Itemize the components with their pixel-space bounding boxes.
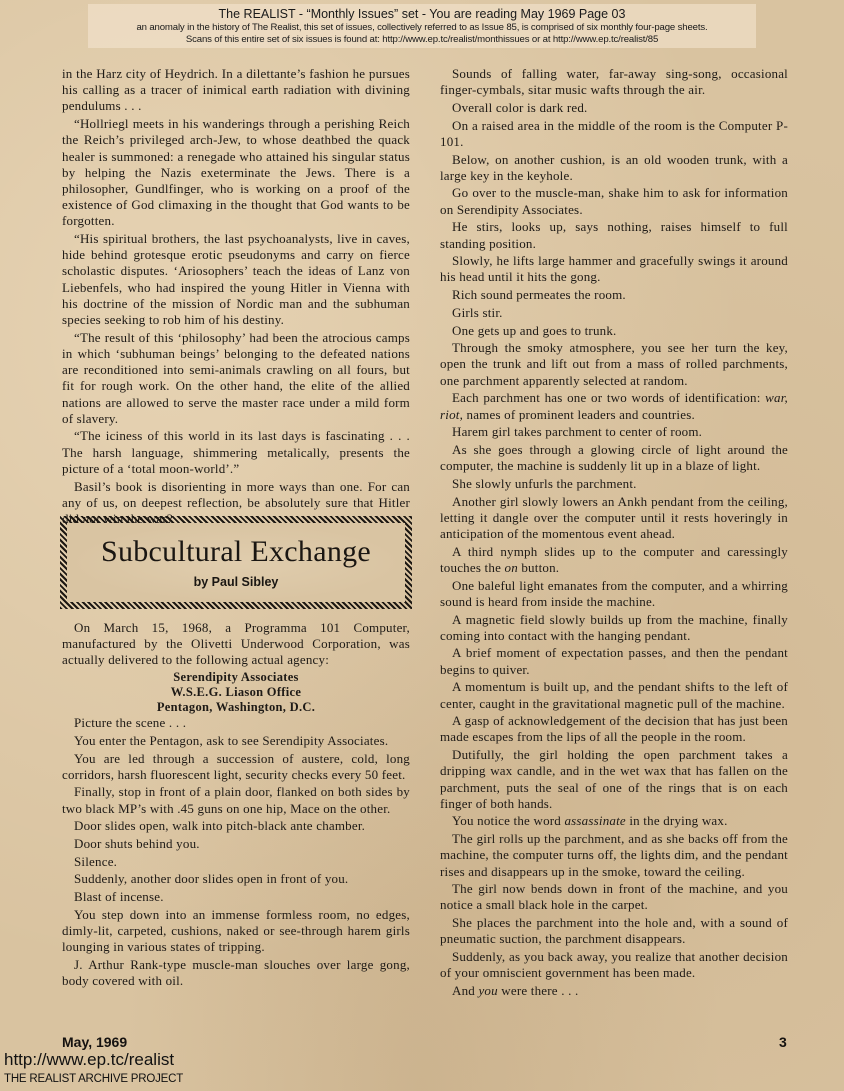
paragraph: Sounds of falling water, far-away sing-s… xyxy=(440,66,788,98)
paragraph: Rich sound permeates the room. xyxy=(440,287,788,303)
right-column: Sounds of falling water, far-away sing-s… xyxy=(440,66,788,1001)
banner-title: The REALIST - “Monthly Issues” set - You… xyxy=(88,7,756,22)
paragraph: A momentum is built up, and the pendant … xyxy=(440,679,788,711)
paragraph: in the Harz city of Heydrich. In a dilet… xyxy=(62,66,410,115)
article-byline: by Paul Sibley xyxy=(67,575,405,589)
paragraph: Blast of incense. xyxy=(62,889,410,905)
paragraph: Slowly, he lifts large hammer and gracef… xyxy=(440,253,788,285)
paragraph: Girls stir. xyxy=(440,305,788,321)
paragraph: The girl now bends down in front of the … xyxy=(440,881,788,913)
paragraph: A brief moment of expectation passes, an… xyxy=(440,645,788,677)
paragraph: You are led through a succession of aust… xyxy=(62,751,410,783)
paragraph: “The result of this ‘philosophy’ had bee… xyxy=(62,330,410,427)
paragraph: He stirs, looks up, says nothing, raises… xyxy=(440,219,788,251)
article-title-box: Subcultural Exchange by Paul Sibley xyxy=(60,516,412,609)
archive-project-label: THE REALIST ARCHIVE PROJECT xyxy=(4,1073,183,1085)
paragraph: Door slides open, walk into pitch-black … xyxy=(62,818,410,834)
archive-banner: The REALIST - “Monthly Issues” set - You… xyxy=(88,4,756,48)
paragraph: A third nymph slides up to the computer … xyxy=(440,544,788,576)
archive-url-link[interactable]: http://www.ep.tc/realist xyxy=(4,1050,174,1070)
paragraph: You enter the Pentagon, ask to see Seren… xyxy=(62,733,410,749)
paragraph: Overall color is dark red. xyxy=(440,100,788,116)
article-intro: On March 15, 1968, a Programma 101 Compu… xyxy=(62,620,410,669)
banner-description: an anomaly in the history of The Realist… xyxy=(88,22,756,34)
paragraph: Through the smoky atmosphere, you see he… xyxy=(440,340,788,389)
paragraph: Dutifully, the girl holding the open par… xyxy=(440,747,788,812)
ending-paragraph: And you were there . . . xyxy=(440,983,788,999)
paragraph: Finally, stop in front of a plain door, … xyxy=(62,784,410,816)
page-number: 3 xyxy=(779,1034,787,1050)
paragraph: She places the parchment into the hole a… xyxy=(440,915,788,947)
article-title: Subcultural Exchange xyxy=(67,523,405,571)
issue-date: May, 1969 xyxy=(62,1034,127,1050)
paragraph: You notice the word assassinate in the d… xyxy=(440,813,788,829)
paragraph: Suddenly, another door slides open in fr… xyxy=(62,871,410,887)
banner-links: Scans of this entire set of six issues i… xyxy=(88,34,756,46)
paragraph: Another girl slowly lowers an Ankh penda… xyxy=(440,494,788,543)
left-column: in the Harz city of Heydrich. In a dilet… xyxy=(62,66,410,529)
paragraph: Door shuts behind you. xyxy=(62,836,410,852)
paragraph: Picture the scene . . . xyxy=(62,715,410,731)
paragraph: Below, on another cushion, is an old woo… xyxy=(440,152,788,184)
paragraph: Go over to the muscle-man, shake him to … xyxy=(440,185,788,217)
paragraph: “Hollriegl meets in his wanderings throu… xyxy=(62,116,410,229)
paragraph: Each parchment has one or two words of i… xyxy=(440,390,788,422)
paragraph: On a raised area in the middle of the ro… xyxy=(440,118,788,150)
paragraph: As she goes through a glowing circle of … xyxy=(440,442,788,474)
address-block: Serendipity Associates W.S.E.G. Liason O… xyxy=(62,670,410,715)
paragraph: One gets up and goes to trunk. xyxy=(440,323,788,339)
paragraph: One baleful light emanates from the comp… xyxy=(440,578,788,610)
paragraph: Silence. xyxy=(62,854,410,870)
paragraph: “His spiritual brothers, the last psycho… xyxy=(62,231,410,328)
article-left-body: On March 15, 1968, a Programma 101 Compu… xyxy=(62,620,410,991)
paragraph: J. Arthur Rank-type muscle-man slouches … xyxy=(62,957,410,989)
paragraph: “The iciness of this world in its last d… xyxy=(62,428,410,477)
paragraph: She slowly unfurls the parchment. xyxy=(440,476,788,492)
paragraph: Suddenly, as you back away, you realize … xyxy=(440,949,788,981)
paragraph: A magnetic field slowly builds up from t… xyxy=(440,612,788,644)
paragraph: A gasp of acknowledgement of the decisio… xyxy=(440,713,788,745)
paragraph: Harem girl takes parchment to center of … xyxy=(440,424,788,440)
paragraph: The girl rolls up the parchment, and as … xyxy=(440,831,788,880)
paragraph: You step down into an immense formless r… xyxy=(62,907,410,956)
